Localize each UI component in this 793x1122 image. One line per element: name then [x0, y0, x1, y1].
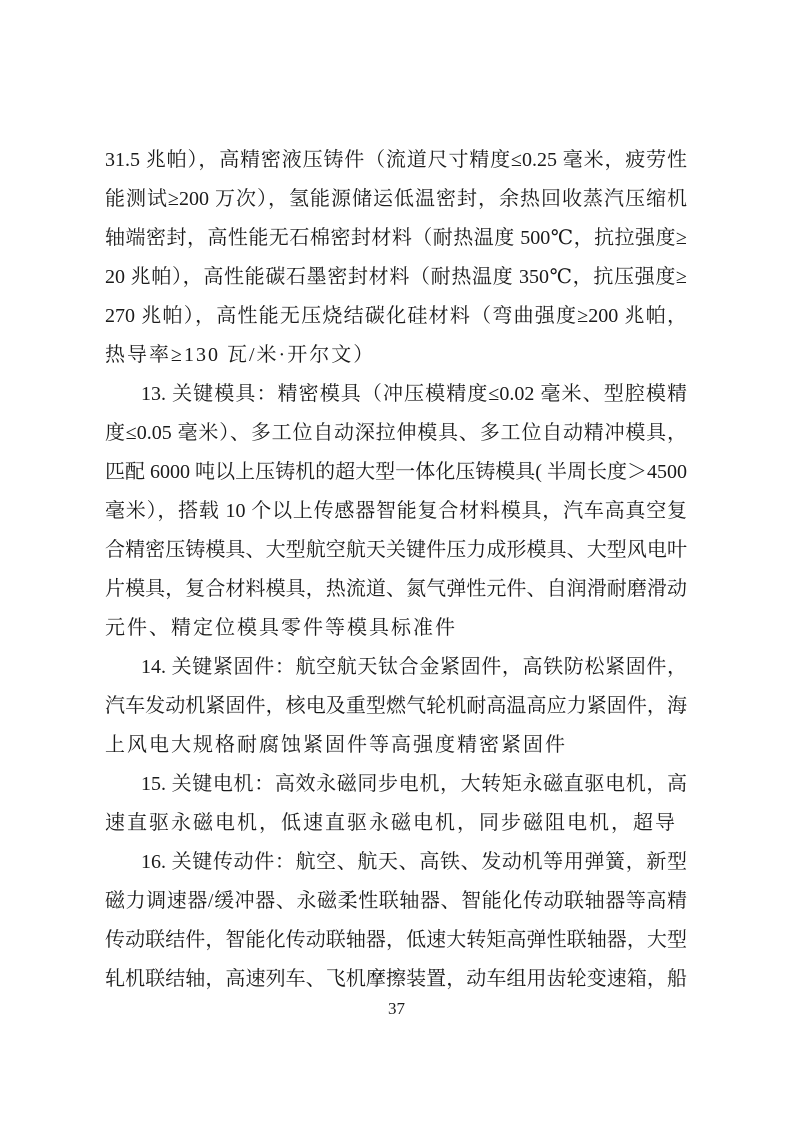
text-line: 轴端密封，高性能无石棉密封材料（耐热温度 500℃，抗拉强度≥: [105, 219, 687, 258]
text-line: 传动联结件，智能化传动联轴器，低速大转矩高弹性联轴器，大型: [105, 921, 687, 960]
text-line: 15. 关键电机：高效永磁同步电机，大转矩永磁直驱电机，高: [105, 765, 687, 804]
text-line: 上风电大规格耐腐蚀紧固件等高强度精密紧固件: [105, 726, 687, 765]
page-number: 37: [0, 996, 793, 1022]
text-line: 14. 关键紧固件：航空航天钛合金紧固件，高铁防松紧固件，: [105, 648, 687, 687]
text-line: 轧机联结轴，高速列车、飞机摩擦装置，动车组用齿轮变速箱，船: [105, 960, 687, 999]
text-line: 速直驱永磁电机，低速直驱永磁电机，同步磁阻电机，超导电机: [105, 804, 687, 843]
text-line: 13. 关键模具：精密模具（冲压模精度≤0.02 毫米、型腔模精: [105, 375, 687, 414]
text-line: 31.5 兆帕），高精密液压铸件（流道尺寸精度≤0.25 毫米，疲劳性: [105, 141, 687, 180]
text-line: 度≤0.05 毫米）、多工位自动深拉伸模具、多工位自动精冲模具，: [105, 414, 687, 453]
text-line: 磁力调速器/缓冲器、永磁柔性联轴器、智能化传动联轴器等高精度: [105, 882, 687, 921]
text-line: 元件、精定位模具零件等模具标准件: [105, 609, 687, 648]
text-line: 毫米），搭载 10 个以上传感器智能复合材料模具，汽车高真空复: [105, 492, 687, 531]
text-line: 匹配 6000 吨以上压铸机的超大型一体化压铸模具( 半周长度＞4500: [105, 453, 687, 492]
text-line: 汽车发动机紧固件，核电及重型燃气轮机耐高温高应力紧固件，海: [105, 687, 687, 726]
text-line: 16. 关键传动件：航空、航天、高铁、发动机等用弹簧，新型: [105, 843, 687, 882]
text-line: 20 兆帕），高性能碳石墨密封材料（耐热温度 350℃，抗压强度≥: [105, 258, 687, 297]
text-line: 片模具，复合材料模具，热流道、氮气弹性元件、自润滑耐磨滑动: [105, 570, 687, 609]
document-page: 31.5 兆帕），高精密液压铸件（流道尺寸精度≤0.25 毫米，疲劳性能测试≥2…: [0, 0, 793, 1122]
text-line: 合精密压铸模具、大型航空航天关键件压力成形模具、大型风电叶: [105, 531, 687, 570]
document-body: 31.5 兆帕），高精密液压铸件（流道尺寸精度≤0.25 毫米，疲劳性能测试≥2…: [105, 141, 687, 999]
text-line: 270 兆帕），高性能无压烧结碳化硅材料（弯曲强度≥200 兆帕，: [105, 297, 687, 336]
text-line: 能测试≥200 万次），氢能源储运低温密封，余热回收蒸汽压缩机: [105, 180, 687, 219]
text-line: 热导率≥130 瓦/米·开尔文）: [105, 336, 687, 375]
